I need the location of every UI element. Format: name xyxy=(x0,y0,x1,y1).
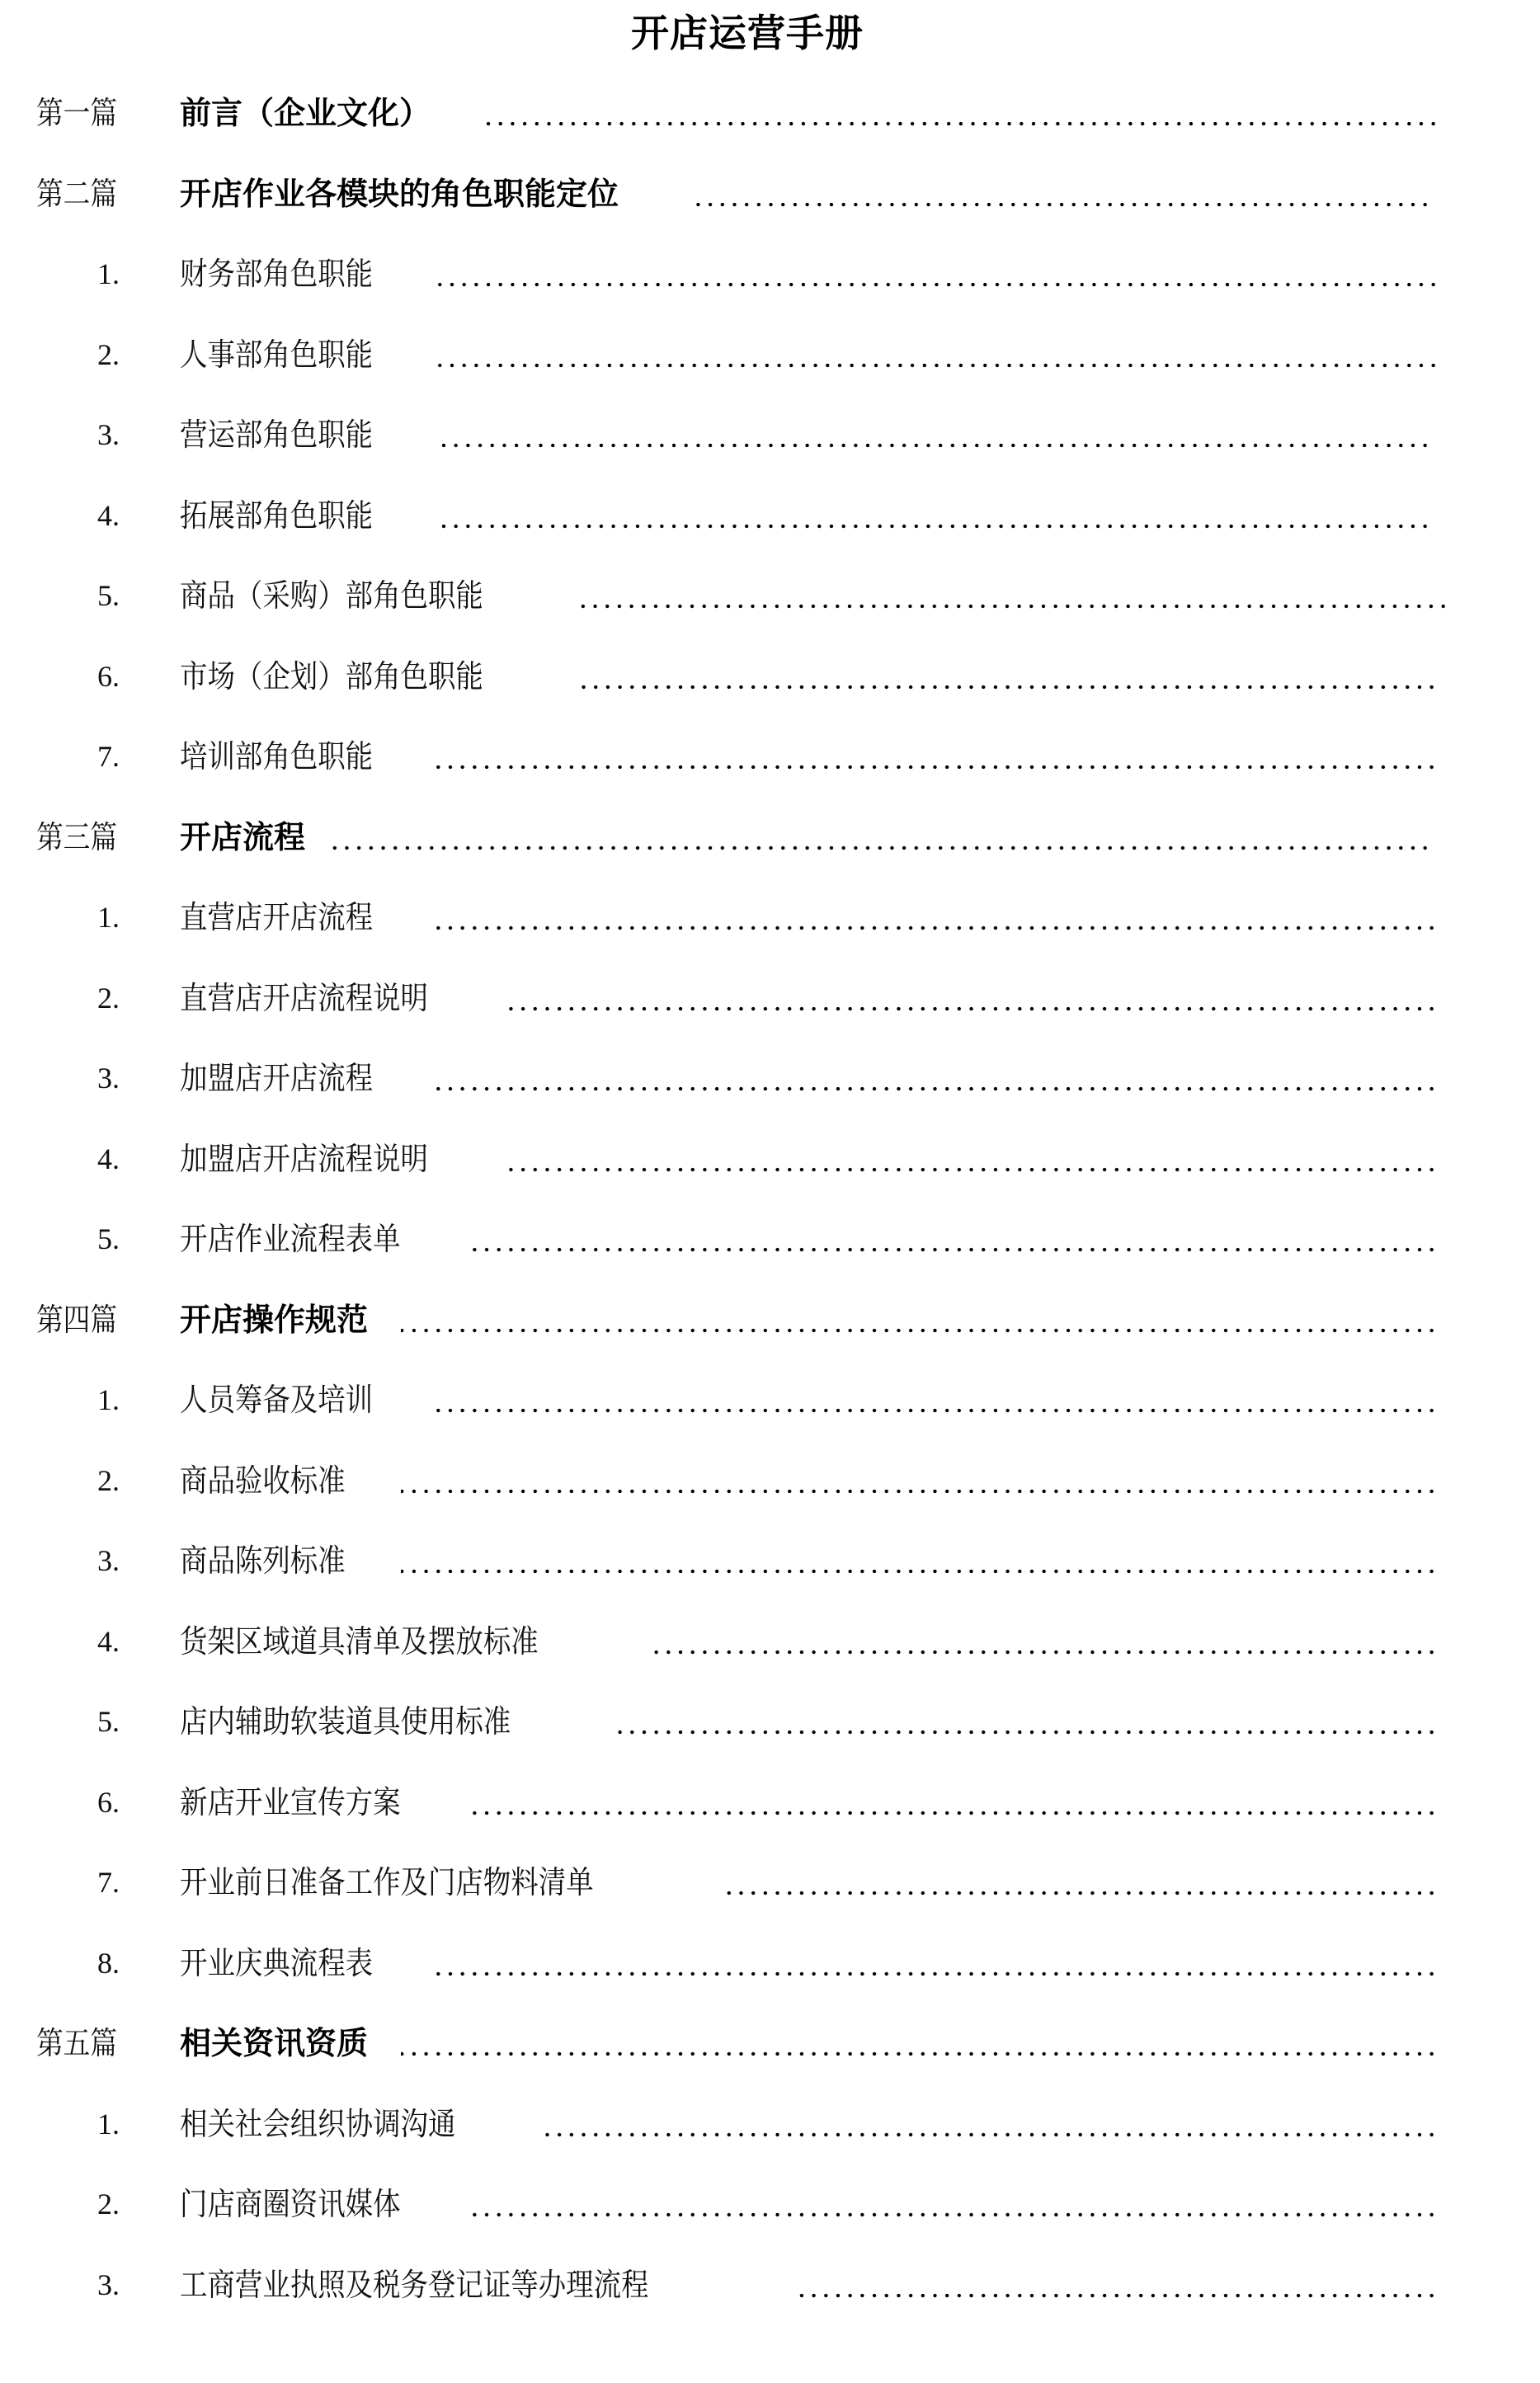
toc-entry-label[interactable]: 商品验收标准 xyxy=(180,1461,346,1500)
toc-dot-leader xyxy=(581,685,1438,690)
toc-dot-leader xyxy=(472,1811,1438,1816)
toc-item-row[interactable]: 4. 拓展部角色职能 xyxy=(0,491,1540,540)
toc-chapter-number: 第五篇 xyxy=(36,2023,117,2063)
toc-item-number: 4. xyxy=(97,1139,120,1179)
toc-entry-label[interactable]: 营运部角色职能 xyxy=(180,415,373,454)
toc-entry-label[interactable]: 开店作业各模块的角色职能定位 xyxy=(180,174,619,214)
toc-entry-label[interactable]: 开业前日准备工作及门店物料清单 xyxy=(180,1863,594,1902)
toc-item-row[interactable]: 7. 培训部角色职能 xyxy=(0,732,1540,781)
toc-item-row[interactable]: 1. 人员筹备及培训 xyxy=(0,1375,1540,1425)
toc-entry-label[interactable]: 门店商圈资讯媒体 xyxy=(180,2184,401,2224)
toc-item-number: 1. xyxy=(97,897,120,937)
toc-item-row[interactable]: 6. 市场（企划）部角色职能 xyxy=(0,652,1540,701)
document-title: 开店运营手册 xyxy=(0,8,1495,58)
toc-item-number: 4. xyxy=(97,1622,120,1661)
toc-entry-label[interactable]: 新店开业宣传方案 xyxy=(180,1783,401,1822)
toc-entry-label[interactable]: 开店操作规范 xyxy=(180,1300,368,1340)
toc-item-row[interactable]: 1. 财务部角色职能 xyxy=(0,249,1540,299)
toc-dot-leader xyxy=(401,1569,1438,1574)
toc-item-number: 2. xyxy=(97,1461,120,1500)
toc-item-row[interactable]: 5. 店内辅助软装道具使用标准 xyxy=(0,1697,1540,1746)
toc-entry-label[interactable]: 店内辅助软装道具使用标准 xyxy=(180,1702,511,1741)
toc-chapter-number: 第四篇 xyxy=(36,1300,117,1340)
toc-dot-leader xyxy=(436,1086,1438,1091)
toc-chapter-row[interactable]: 第三篇 开店流程 xyxy=(0,812,1540,862)
toc-entry-label[interactable]: 相关资讯资质 xyxy=(180,2023,368,2063)
toc-dot-leader xyxy=(436,443,1431,448)
toc-dot-leader xyxy=(436,524,1431,529)
toc-entry-label[interactable]: 前言（企业文化） xyxy=(180,93,431,133)
toc-dot-leader xyxy=(436,282,1439,287)
toc-entry-label[interactable]: 工商营业执照及税务登记证等办理流程 xyxy=(180,2265,648,2305)
toc-item-row[interactable]: 2. 门店商圈资讯媒体 xyxy=(0,2179,1540,2229)
toc-item-row[interactable]: 5. 商品（采购）部角色职能 xyxy=(0,571,1540,620)
toc-item-row[interactable]: 2. 人事部角色职能 xyxy=(0,330,1540,379)
toc-item-row[interactable]: 3. 商品陈列标准 xyxy=(0,1536,1540,1585)
toc-dot-leader xyxy=(688,202,1431,207)
toc-item-row[interactable]: 1. 相关社会组织协调沟通 xyxy=(0,2099,1540,2149)
toc-entry-label[interactable]: 商品（采购）部角色职能 xyxy=(180,576,483,615)
toc-item-number: 5. xyxy=(97,1219,120,1259)
toc-dot-leader xyxy=(581,604,1449,609)
toc-entry-label[interactable]: 加盟店开店流程 xyxy=(180,1058,373,1098)
toc-entry-label[interactable]: 开店作业流程表单 xyxy=(180,1219,401,1259)
toc-dot-leader xyxy=(472,1247,1438,1252)
toc-item-row[interactable]: 5. 开店作业流程表单 xyxy=(0,1214,1540,1264)
toc-dot-leader xyxy=(723,1891,1438,1896)
toc-item-row[interactable]: 7. 开业前日准备工作及门店物料清单 xyxy=(0,1858,1540,1907)
toc-chapter-row[interactable]: 第四篇 开店操作规范 xyxy=(0,1295,1540,1345)
toc-entry-label[interactable]: 商品陈列标准 xyxy=(180,1541,346,1580)
toc-entry-label[interactable]: 加盟店开店流程说明 xyxy=(180,1139,428,1179)
toc-item-number: 5. xyxy=(97,1702,120,1741)
toc-item-row[interactable]: 6. 新店开业宣传方案 xyxy=(0,1778,1540,1827)
toc-item-row[interactable]: 2. 直营店开店流程说明 xyxy=(0,973,1540,1023)
toc-dot-leader xyxy=(436,925,1438,930)
toc-item-row[interactable]: 3. 营运部角色职能 xyxy=(0,410,1540,459)
toc-dot-leader xyxy=(651,1650,1438,1655)
toc-item-row[interactable]: 3. 工商营业执照及税务登记证等办理流程 xyxy=(0,2260,1540,2310)
toc-item-row[interactable]: 8. 开业庆典流程表 xyxy=(0,1938,1540,1988)
toc-entry-label[interactable]: 财务部角色职能 xyxy=(180,254,373,294)
toc-dot-leader xyxy=(482,121,1439,126)
toc-item-row[interactable]: 4. 货架区域道具清单及摆放标准 xyxy=(0,1617,1540,1666)
toc-dot-leader xyxy=(436,1408,1438,1413)
toc-item-number: 4. xyxy=(97,496,120,535)
toc-item-number: 6. xyxy=(97,657,120,696)
toc-item-row[interactable]: 1. 直营店开店流程 xyxy=(0,892,1540,942)
toc-chapter-row[interactable]: 第一篇 前言（企业文化） xyxy=(0,88,1540,138)
toc-chapter-row[interactable]: 第五篇 相关资讯资质 xyxy=(0,2018,1540,2068)
toc-dot-leader xyxy=(436,363,1439,368)
toc-dot-leader xyxy=(401,1489,1438,1494)
toc-chapter-number: 第二篇 xyxy=(36,174,117,214)
toc-item-number: 7. xyxy=(97,1863,120,1902)
toc-entry-label[interactable]: 开业庆典流程表 xyxy=(180,1943,373,1983)
toc-item-number: 1. xyxy=(97,1380,120,1420)
toc-entry-label[interactable]: 直营店开店流程说明 xyxy=(180,978,428,1018)
toc-dot-leader xyxy=(472,2212,1438,2217)
toc-entry-label[interactable]: 货架区域道具清单及摆放标准 xyxy=(180,1622,539,1661)
toc-item-row[interactable]: 2. 商品验收标准 xyxy=(0,1456,1540,1505)
toc-item-number: 3. xyxy=(97,1541,120,1580)
toc-entry-label[interactable]: 拓展部角色职能 xyxy=(180,496,373,535)
toc-entry-label[interactable]: 相关社会组织协调沟通 xyxy=(180,2104,455,2144)
toc-dot-leader xyxy=(508,1167,1438,1172)
toc-dot-leader xyxy=(544,2132,1438,2137)
toc-dot-leader xyxy=(401,2051,1438,2056)
toc-dot-leader xyxy=(508,1006,1438,1011)
toc-item-number: 3. xyxy=(97,2265,120,2305)
toc-dot-leader xyxy=(436,1971,1438,1976)
toc-chapter-number: 第一篇 xyxy=(36,93,117,133)
toc-item-number: 2. xyxy=(97,978,120,1018)
toc-item-number: 7. xyxy=(97,737,120,776)
toc-chapter-row[interactable]: 第二篇 开店作业各模块的角色职能定位 xyxy=(0,169,1540,219)
toc-dot-leader xyxy=(615,1730,1438,1735)
toc-item-number: 2. xyxy=(97,2184,120,2224)
toc-dot-leader xyxy=(329,845,1431,850)
toc-entry-label[interactable]: 直营店开店流程 xyxy=(180,897,373,937)
toc-item-number: 2. xyxy=(97,335,120,374)
toc-entry-label[interactable]: 人员筹备及培训 xyxy=(180,1380,373,1420)
toc-chapter-number: 第三篇 xyxy=(36,817,117,857)
toc-dot-leader xyxy=(401,1328,1438,1333)
toc-item-number: 6. xyxy=(97,1783,120,1822)
toc-item-number: 1. xyxy=(97,2104,120,2144)
toc-entry-label[interactable]: 开店流程 xyxy=(180,817,305,857)
toc-item-number: 1. xyxy=(97,254,120,294)
toc-entry-label[interactable]: 市场（企划）部角色职能 xyxy=(180,657,483,696)
toc-item-number: 3. xyxy=(97,1058,120,1098)
toc-dot-leader xyxy=(436,765,1438,770)
toc-entry-label[interactable]: 人事部角色职能 xyxy=(180,335,373,374)
toc-item-row[interactable]: 4. 加盟店开店流程说明 xyxy=(0,1134,1540,1184)
toc-entry-label[interactable]: 培训部角色职能 xyxy=(180,737,373,776)
toc-dot-leader xyxy=(795,2293,1438,2298)
toc-item-number: 3. xyxy=(97,415,120,454)
toc-item-number: 5. xyxy=(97,576,120,615)
toc-item-row[interactable]: 3. 加盟店开店流程 xyxy=(0,1053,1540,1103)
toc-item-number: 8. xyxy=(97,1943,120,1983)
